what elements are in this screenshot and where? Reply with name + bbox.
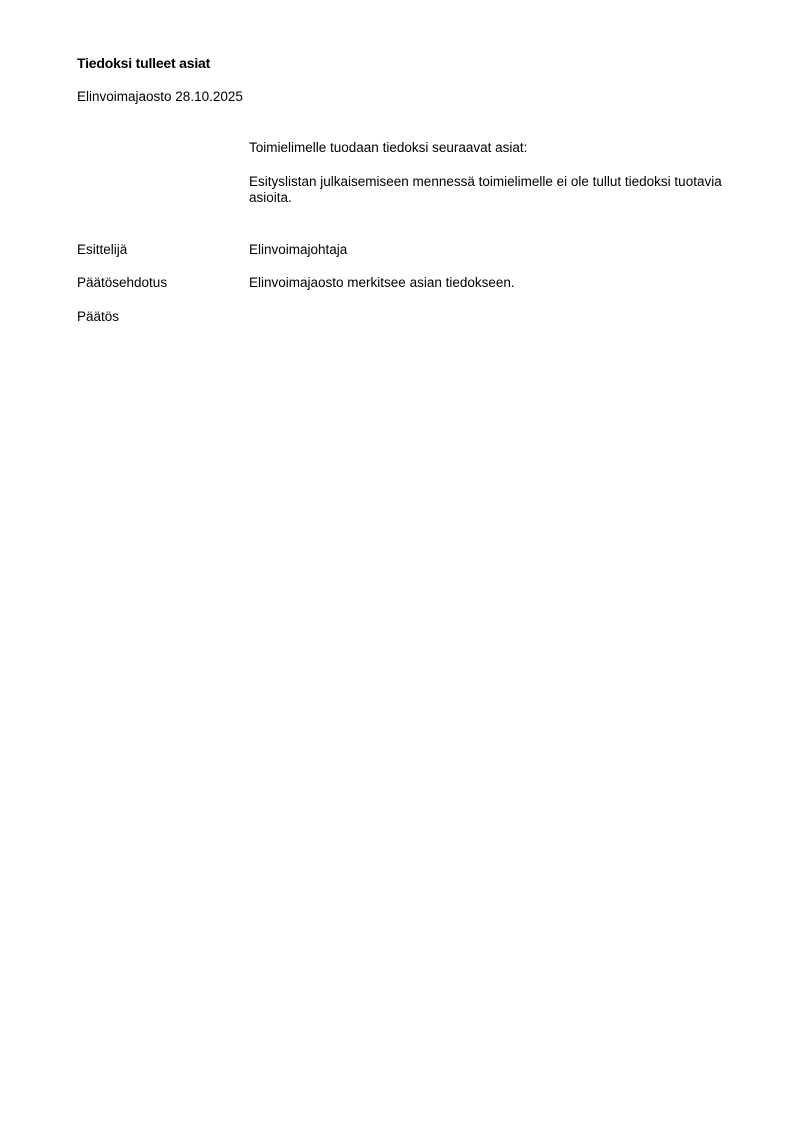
document-title: Tiedoksi tulleet asiat: [77, 55, 210, 71]
field-row-presenter: Esittelijä Elinvoimajohtaja: [77, 242, 737, 258]
field-label: Päätösehdotus: [77, 275, 167, 291]
field-row-proposal: Päätösehdotus Elinvoimajaosto merkitsee …: [77, 275, 737, 291]
field-label: Päätös: [77, 309, 119, 325]
intro-text: Toimielimelle tuodaan tiedoksi seuraavat…: [249, 140, 729, 156]
meeting-info: Elinvoimajaosto 28.10.2025: [77, 89, 243, 105]
field-value: Elinvoimajohtaja: [249, 242, 347, 258]
field-row-decision: Päätös: [77, 309, 737, 325]
document-page: Tiedoksi tulleet asiat Elinvoimajaosto 2…: [0, 0, 794, 1122]
field-label: Esittelijä: [77, 242, 127, 258]
body-paragraph: Esityslistan julkaisemiseen mennessä toi…: [249, 174, 729, 206]
field-value: Elinvoimajaosto merkitsee asian tiedokse…: [249, 275, 515, 291]
